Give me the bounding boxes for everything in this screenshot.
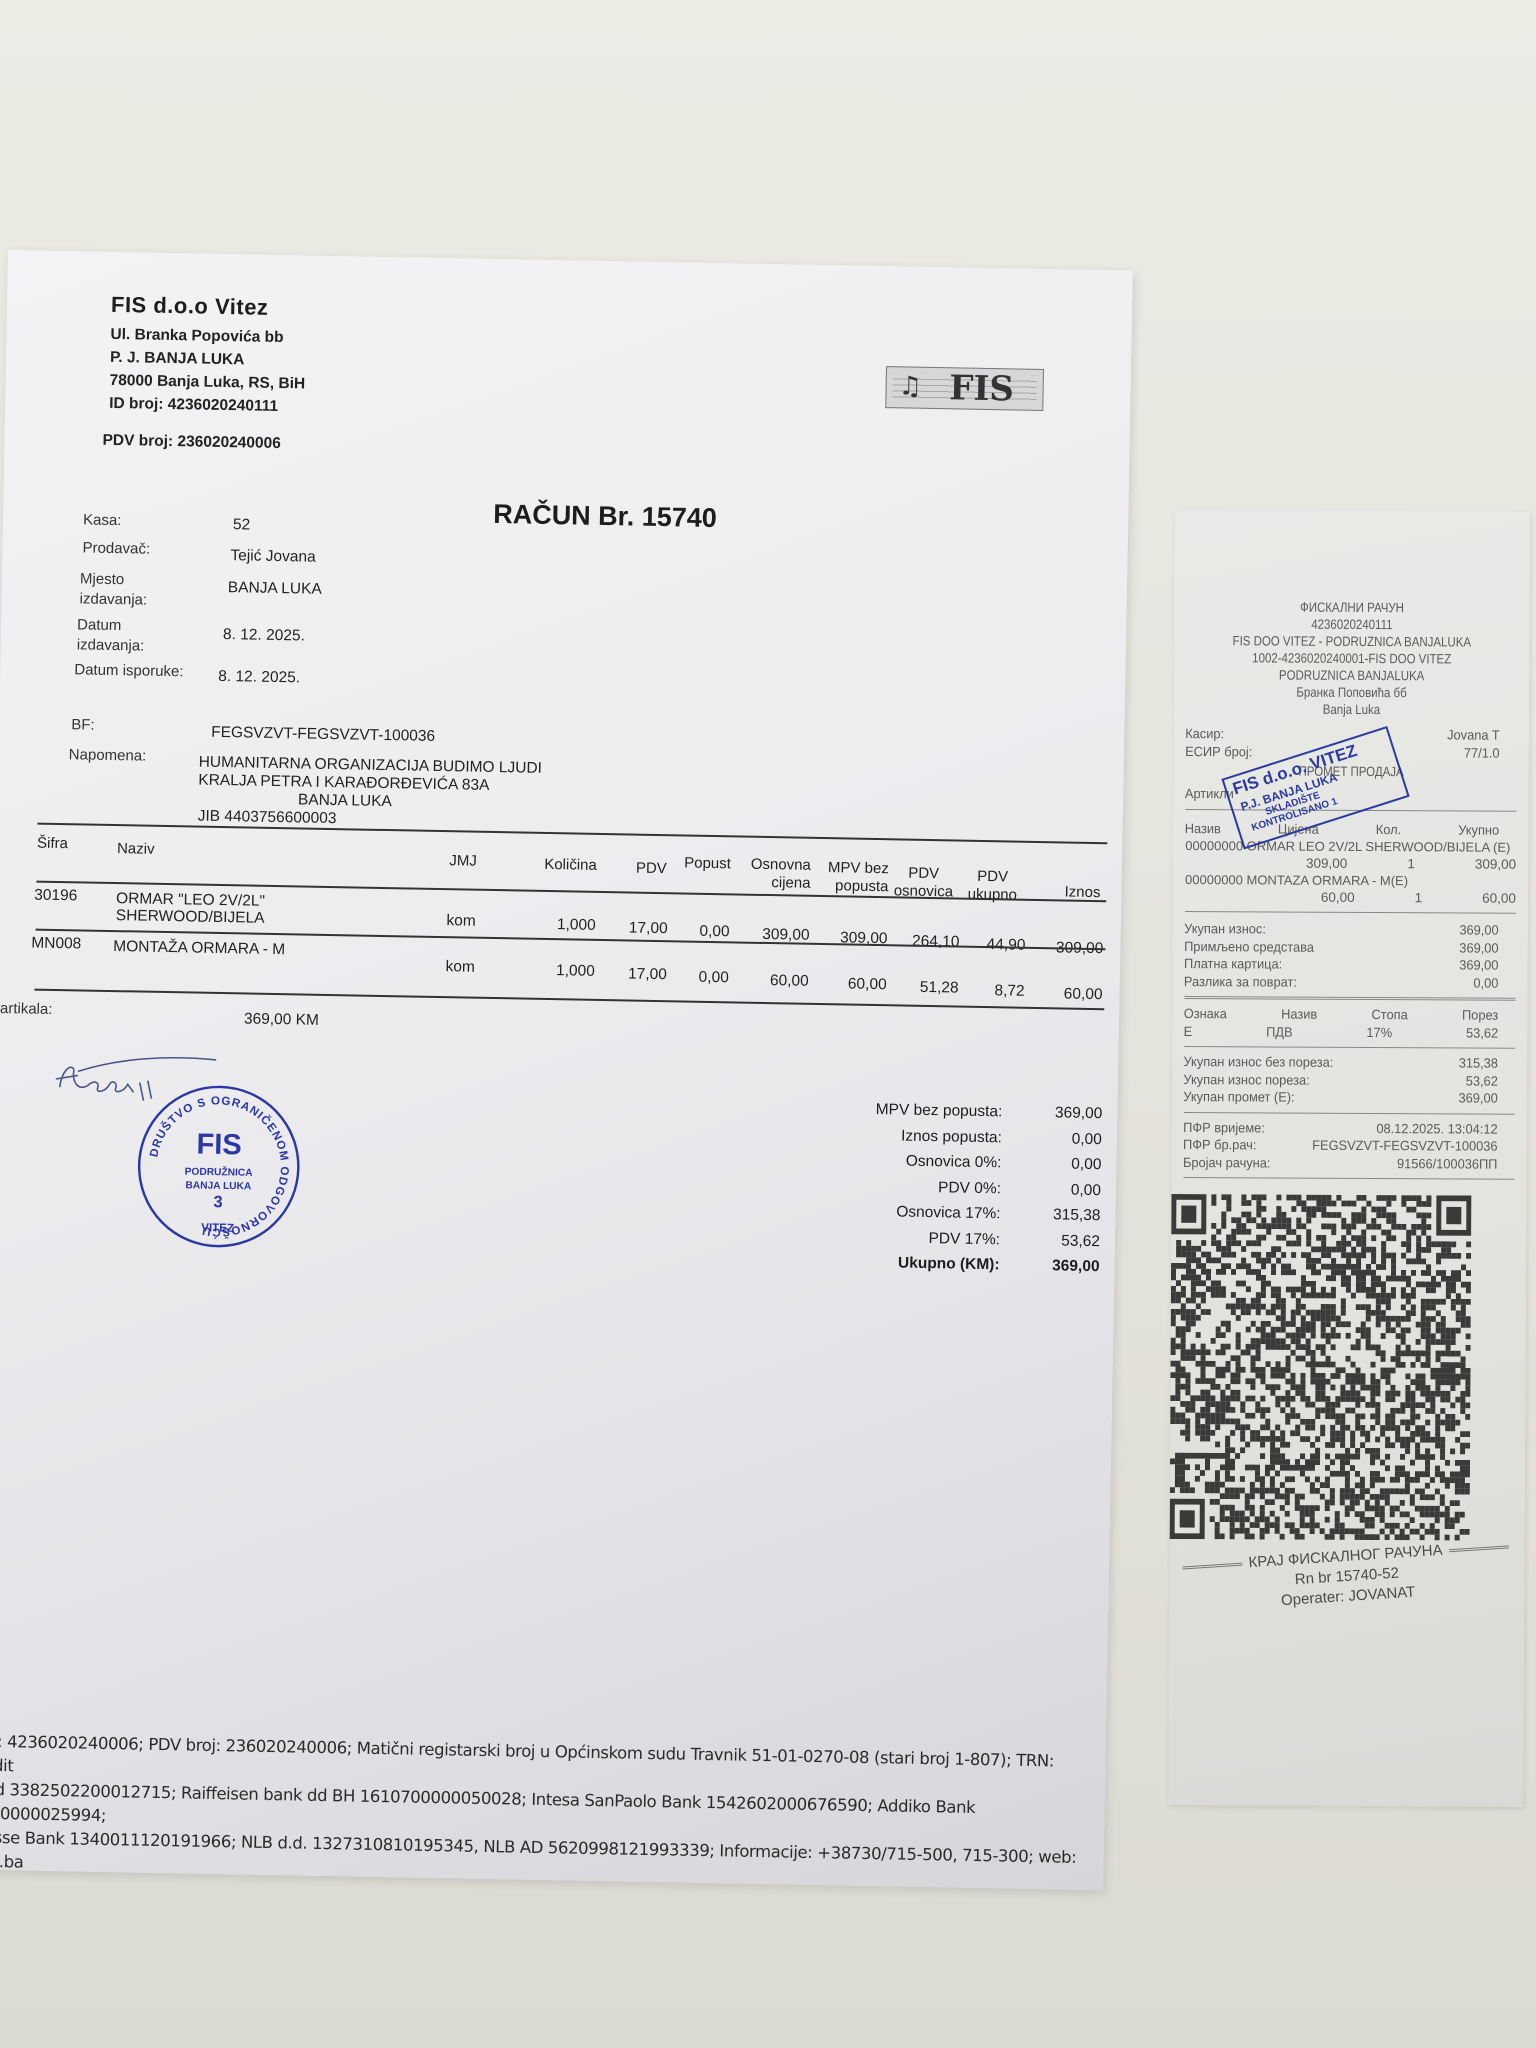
table-row: MN008 MONTAŽA ORMARA - M kom 1,000 17,00… bbox=[8, 250, 1133, 271]
invoice-sheet: FIS d.o.o Vitez Ul. Branka Popovića bb P… bbox=[0, 250, 1133, 1890]
col-pdv: PDV bbox=[607, 859, 667, 878]
napomena-text: HUMANITARNA ORGANIZACIJA BUDIMO LJUDI KR… bbox=[197, 754, 542, 832]
col-mpv-bez-popusta: MPV bez popusta bbox=[808, 859, 889, 896]
table-row: 30196 ORMAR "LEO 2V/2L" SHERWOOD/BIJELA … bbox=[8, 250, 1133, 271]
meta-label-prodavac: Prodavač: bbox=[82, 539, 150, 557]
col-popust: Popust bbox=[667, 854, 731, 873]
invoice-title: RAČUN Br. 15740 bbox=[493, 499, 717, 534]
receipt-item: 00000000 ORMAR LEO 2V/2L SHERWOOD/BIJELA… bbox=[1173, 837, 1528, 873]
table-top-rule bbox=[37, 823, 1107, 845]
receipt-tax-row: Е ПДВ 17% 53,62 bbox=[1172, 1022, 1509, 1041]
company-branch: P. J. BANJA LUKA bbox=[110, 349, 245, 369]
invoice-footer: ID broj : 4236020240006; PDV broj: 23602… bbox=[0, 1729, 1101, 1894]
grand-total-row: Ukupno (KM):369,00 bbox=[829, 1253, 1099, 1283]
meta-value-bf: FEGSVZVT-FEGSVZVT-100036 bbox=[211, 724, 435, 746]
fis-logo: ♫ FIS bbox=[885, 366, 1044, 411]
receipt-item: 00000000 MONTAZA ORMARA - M(E) 60,00160,… bbox=[1173, 871, 1528, 907]
meta-label-datum-isporuke: Datum isporuke: bbox=[74, 661, 184, 680]
svg-text:3: 3 bbox=[213, 1193, 223, 1211]
company-city: 78000 Banja Luka, RS, BiH bbox=[109, 372, 305, 394]
articles-total-value: 369,00 KM bbox=[244, 1010, 319, 1029]
receipt-separator bbox=[1184, 1177, 1515, 1180]
receipt-pfr: ПФР вријеме:08.12.2025. 13:04:12 ПФР бр.… bbox=[1172, 1118, 1527, 1172]
music-note-icon: ♫ bbox=[898, 371, 922, 401]
receipt-tax-headers: Ознака Назив Стопа Порез bbox=[1172, 1005, 1509, 1024]
meta-label-datum-izdavanja: Datum izdavanja: bbox=[77, 615, 168, 657]
receipt-separator bbox=[1184, 996, 1515, 1001]
company-id: ID broj: 4236020240111 bbox=[109, 395, 278, 416]
napomena-label: Napomena: bbox=[69, 746, 147, 764]
svg-text:BANJA LUKA: BANJA LUKA bbox=[185, 1180, 252, 1192]
receipt-end: КРАЈ ФИСКАЛНОГ РАЧУНА Rn br 15740-52 Ope… bbox=[1168, 1536, 1526, 1619]
meta-label-mjesto: Mjesto izdavanja: bbox=[79, 569, 170, 611]
col-kolicina: Količina bbox=[517, 855, 597, 874]
fiscal-receipt: ФИСКАЛНИ РАЧУН 4236020240111 FIS DOO VIT… bbox=[1168, 510, 1530, 1807]
company-vat: PDV broj: 236020240006 bbox=[102, 432, 281, 453]
col-naziv: Naziv bbox=[117, 840, 155, 859]
svg-text:VITEZ: VITEZ bbox=[201, 1221, 234, 1235]
receipt-separator bbox=[1184, 1112, 1515, 1115]
articles-total-label: Ukupno artikala: bbox=[0, 999, 53, 1018]
meta-value-datum-isporuke: 8. 12. 2025. bbox=[218, 668, 300, 687]
receipt-tax-totals: Укупан износ без пореза:315,38 Укупан из… bbox=[1172, 1053, 1527, 1107]
col-jmj: JMJ bbox=[427, 852, 477, 871]
meta-value-prodavac: Tejić Jovana bbox=[230, 547, 316, 567]
receipt-separator bbox=[1185, 911, 1516, 914]
col-sifra: Šifra bbox=[37, 835, 68, 854]
stamp-center-text: FIS bbox=[196, 1128, 242, 1161]
meta-value-kasa: 52 bbox=[233, 516, 251, 534]
svg-text:PODRUŽNICA: PODRUŽNICA bbox=[185, 1165, 254, 1179]
company-stamp: DRUŠTVO S OGRANIČENOM ODGOVORNOŠĆU FIS P… bbox=[135, 1083, 303, 1251]
meta-label-bf: BF: bbox=[71, 716, 95, 733]
receipt-item-headers: Назив Цијена Кол. Укупно bbox=[1173, 819, 1510, 838]
totals-summary: MPV bez popusta:369,00 Iznos popusta:0,0… bbox=[829, 1100, 1102, 1283]
col-osnovna-cijena: Osnovna cijena bbox=[730, 855, 811, 892]
meta-value-mjesto: BANJA LUKA bbox=[228, 579, 322, 599]
receipt-payment: Укупан износ:369,00 Примљено средстава36… bbox=[1172, 920, 1527, 992]
company-address: Ul. Branka Popovića bb bbox=[110, 326, 283, 347]
receipt-separator bbox=[1184, 1046, 1515, 1049]
qr-code[interactable] bbox=[1170, 1194, 1472, 1541]
meta-label-kasa: Kasa: bbox=[83, 511, 122, 529]
receipt-header: ФИСКАЛНИ РАЧУН 4236020240111 FIS DOO VIT… bbox=[1174, 598, 1530, 719]
meta-value-datum-izdavanja: 8. 12. 2025. bbox=[223, 626, 305, 645]
company-name: FIS d.o.o Vitez bbox=[111, 292, 269, 321]
items-table: Šifra Naziv JMJ Količina PDV Popust Osno… bbox=[8, 250, 1133, 271]
